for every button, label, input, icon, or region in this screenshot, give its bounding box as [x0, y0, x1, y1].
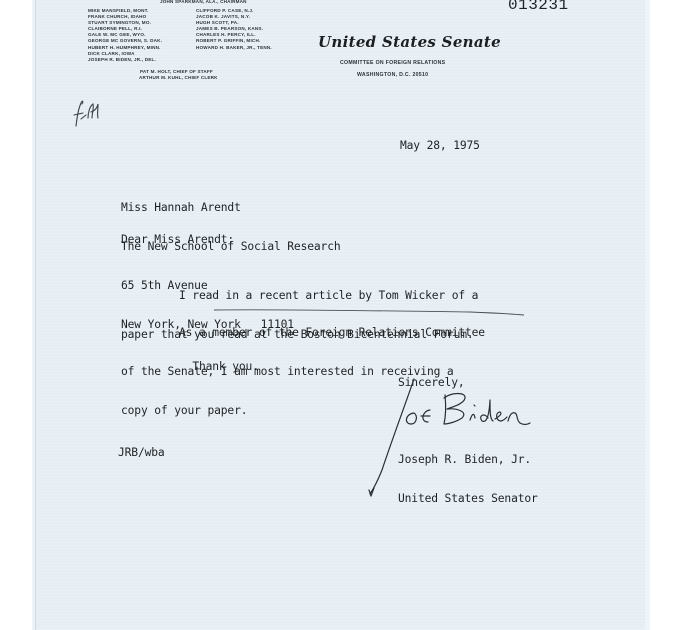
recipient-line: Miss Hannah Arendt [121, 201, 341, 214]
member-name: HOWARD H. BAKER, JR., TENN. [196, 45, 272, 51]
chief-clerk: ARTHUR M. KUHL, CHIEF CLERK [139, 75, 218, 81]
letterhead-address: WASHINGTON, D.C. 20510 [357, 72, 428, 78]
closing: Sincerely, [398, 376, 465, 389]
signer-block: Joseph R. Biden, Jr. United States Senat… [398, 427, 538, 518]
letter-date: May 28, 1975 [400, 139, 480, 152]
committee-name: COMMITTEE ON FOREIGN RELATIONS [340, 60, 445, 66]
committee-chairman: JOHN SPARKMAN, ALA., CHAIRMAN [160, 0, 247, 5]
file-number-stamp: 013231 [508, 0, 569, 14]
paragraph-3: Thank you. [121, 347, 259, 373]
member-name: HUBERT H. HUMPHREY, MINN. [88, 45, 162, 51]
committee-members-majority: MIKE MANSFIELD, MONT. FRANK CHURCH, IDAH… [88, 8, 162, 63]
paragraph-line: As a member of the Foreign Relations Com… [179, 326, 485, 339]
letterhead-title: United States Senate [318, 33, 501, 51]
thank-you-line: Thank you. [192, 360, 259, 373]
paragraph-line: copy of your paper. [121, 404, 485, 417]
page-edge-right [645, 0, 650, 630]
member-name: GEORGE MC GOVERN, S. DAK. [88, 38, 162, 44]
reference-initials: JRB/wba [118, 446, 165, 459]
member-name: JOSEPH R. BIDEN, JR., DEL. [88, 57, 162, 63]
committee-members-minority: CLIFFORD P. CASE, N.J. JACOB K. JAVITS, … [196, 8, 272, 51]
signer-name: Joseph R. Biden, Jr. [398, 453, 538, 466]
salutation: Dear Miss Arendt: [121, 233, 234, 246]
signer-title: United States Senator [398, 492, 538, 505]
